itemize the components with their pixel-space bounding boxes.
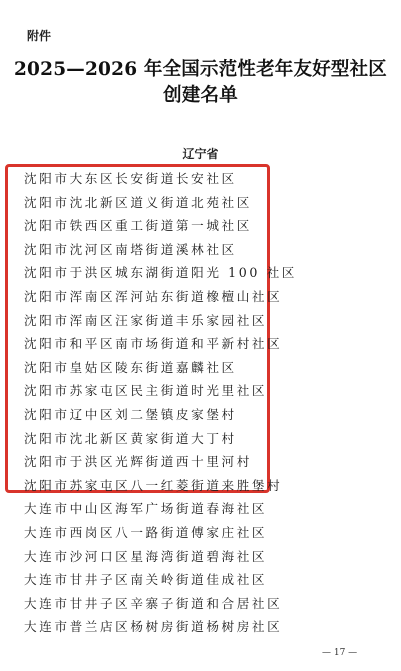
list-item: 沈阳市大东区长安街道长安社区 <box>24 167 297 191</box>
document-title-line-1: 2025—2026 年全国示范性老年友好型社区 <box>0 55 401 81</box>
list-item: 沈阳市和平区南市场街道和平新村社区 <box>24 332 297 356</box>
list-item: 沈阳市铁西区重工街道第一城社区 <box>24 214 297 238</box>
list-item: 大连市沙河口区星海湾街道碧海社区 <box>24 545 297 569</box>
document-title-line-2: 创建名单 <box>0 81 401 107</box>
list-item: 沈阳市沈北新区道义街道北苑社区 <box>24 191 297 215</box>
page-number: — 17 — <box>322 648 357 658</box>
list-item: 沈阳市沈北新区黄家街道大丁村 <box>24 427 297 451</box>
community-list: 沈阳市大东区长安街道长安社区 沈阳市沈北新区道义街道北苑社区 沈阳市铁西区重工街… <box>24 167 297 639</box>
list-item: 沈阳市沈河区南塔街道溪林社区 <box>24 238 297 262</box>
list-item: 大连市西岗区八一路街道傅家庄社区 <box>24 521 297 545</box>
list-item: 沈阳市苏家屯区八一红菱街道来胜堡村 <box>24 474 297 498</box>
list-item: 大连市普兰店区杨树房街道杨树房社区 <box>24 615 297 639</box>
province-heading: 辽宁省 <box>0 145 401 162</box>
list-item: 沈阳市浑南区浑河站东街道橡檀山社区 <box>24 285 297 309</box>
list-item: 大连市甘井子区辛寨子街道和合居社区 <box>24 592 297 616</box>
list-item: 沈阳市苏家屯区民主街道时光里社区 <box>24 379 297 403</box>
list-item: 沈阳市辽中区刘二堡镇皮家堡村 <box>24 403 297 427</box>
list-item: 沈阳市皇姑区陵东街道嘉麟社区 <box>24 356 297 380</box>
list-item: 沈阳市于洪区城东湖街道阳光 100 社区 <box>24 261 297 285</box>
list-item: 沈阳市浑南区汪家街道丰乐家园社区 <box>24 309 297 333</box>
list-item: 大连市中山区海军广场街道春海社区 <box>24 497 297 521</box>
list-item: 大连市甘井子区南关岭街道佳成社区 <box>24 568 297 592</box>
list-item: 沈阳市于洪区光辉街道西十里河村 <box>24 450 297 474</box>
attachment-label: 附件 <box>27 27 51 44</box>
